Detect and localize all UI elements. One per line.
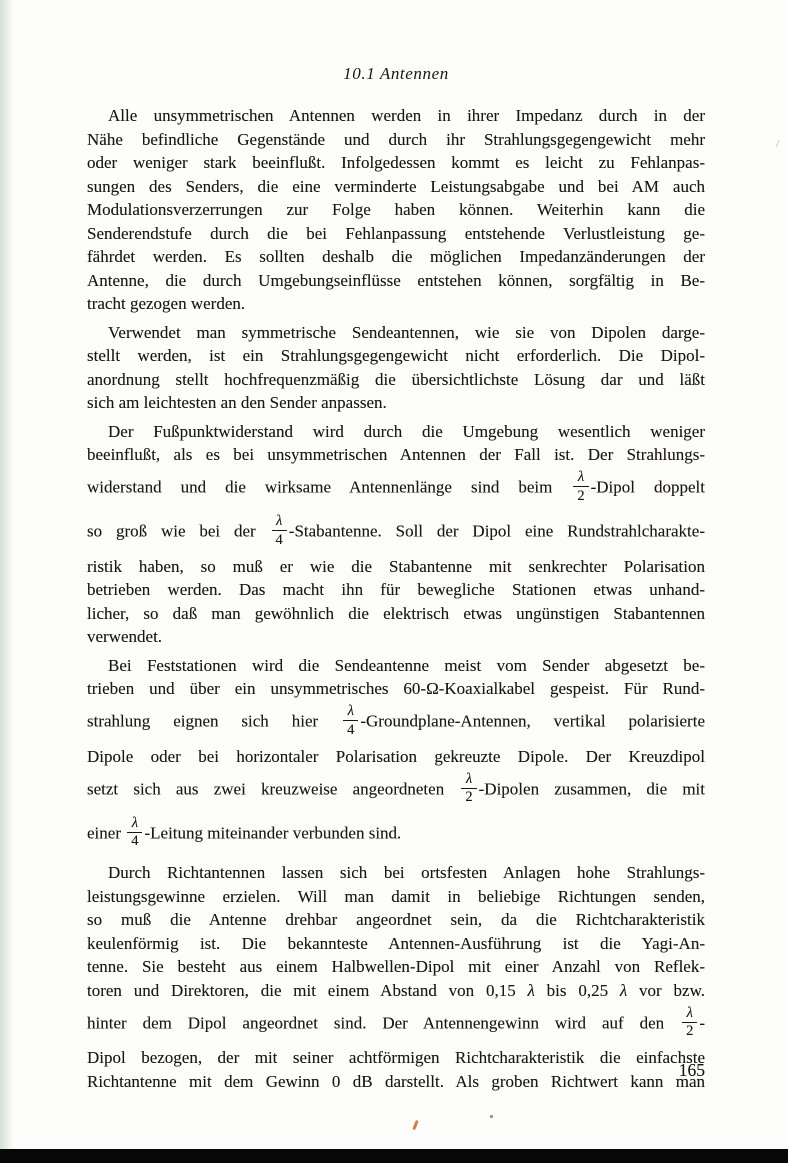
text-line: betrieben werden. Das macht ihn für bewe…	[87, 578, 705, 602]
text-line: sich am leichtesten an den Sender anpass…	[87, 391, 705, 415]
text-line: Der Fußpunktwiderstand wird durch die Um…	[87, 420, 705, 444]
text-line: tracht gezogen werden.	[87, 292, 705, 316]
text-line: beeinflußt, als es bei unsymmetrischen A…	[87, 443, 705, 467]
scan-artifact-slash: /	[775, 138, 779, 150]
text-line: stellt werden, ist ein Strahlungsgegenge…	[87, 344, 705, 368]
scan-edge-shadow	[0, 0, 14, 1163]
text-line: so groß wie bei der λ4-Stabantenne. Soll…	[87, 511, 705, 555]
text-line: so muß die Antenne drehbar angeordnet se…	[87, 908, 705, 932]
text-line: Verwendet man symmetrische Sendeantennen…	[87, 321, 705, 345]
lambda-symbol: λ	[528, 981, 535, 1000]
text-line: oder weniger stark beeinflußt. Infolgede…	[87, 151, 705, 175]
text-line: setzt sich aus zwei kreuzweise angeordne…	[87, 768, 705, 812]
text-line: sungen des Senders, die eine verminderte…	[87, 175, 705, 199]
paragraph: Alle unsymmetrischen Antennen werden in …	[87, 104, 705, 316]
text-line: ristik haben, so muß er wie die Stabante…	[87, 555, 705, 579]
lambda-fraction: λ2	[682, 1006, 697, 1039]
text-line: anordnung stellt hochfrequenzmäßig die ü…	[87, 368, 705, 392]
text-line: Nähe befindliche Gegenstände und durch i…	[87, 128, 705, 152]
paragraph: Der Fußpunktwiderstand wird durch die Um…	[87, 420, 705, 649]
text-line: toren und Direktoren, die mit einem Abst…	[87, 979, 705, 1003]
lambda-symbol: λ	[620, 981, 627, 1000]
text-line: tenne. Sie besteht aus einem Halbwellen-…	[87, 955, 705, 979]
text-block: Alle unsymmetrischen Antennen werden in …	[87, 104, 705, 1093]
lambda-fraction: λ4	[127, 816, 142, 849]
text-line: strahlung eignen sich hier λ4-Groundplan…	[87, 701, 705, 745]
text-line: einer λ4-Leitung miteinander verbunden s…	[87, 812, 705, 856]
text-line: Bei Feststationen wird die Sendeantenne …	[87, 654, 705, 678]
text-line: hinter dem Dipol angeordnet sind. Der An…	[87, 1002, 705, 1046]
text-line: fährdet werden. Es sollten deshalb die m…	[87, 245, 705, 269]
text-line: Dipole oder bei horizontaler Polarisatio…	[87, 745, 705, 769]
page-number: 165	[87, 1060, 705, 1081]
text-line: Durch Richtantennen lassen sich bei orts…	[87, 861, 705, 885]
text-line: Senderendstufe durch die bei Fehlanpassu…	[87, 222, 705, 246]
paragraph: Durch Richtantennen lassen sich bei orts…	[87, 861, 705, 1093]
orange-stain	[412, 1120, 418, 1130]
text-line: widerstand und die wirksame Antennenläng…	[87, 467, 705, 511]
paragraph: Bei Feststationen wird die Sendeantenne …	[87, 654, 705, 857]
paragraph: Verwendet man symmetrische Sendeantennen…	[87, 321, 705, 415]
scan-speck-dot	[490, 1115, 493, 1118]
text-line: keulenförmig ist. Die bekannteste Antenn…	[87, 932, 705, 956]
lambda-fraction: λ4	[343, 704, 358, 737]
lambda-fraction: λ4	[272, 514, 287, 547]
text-line: leistungsgewinne erzielen. Will man dami…	[87, 885, 705, 909]
text-line: licher, so daß man gewöhnlich die elektr…	[87, 602, 705, 626]
section-heading: 10.1 Antennen	[87, 64, 705, 84]
text-line: verwendet.	[87, 625, 705, 649]
scanner-bar	[0, 1149, 788, 1163]
text-line: trieben und über ein unsymmetrisches 60-…	[87, 677, 705, 701]
text-line: Antenne, die durch Umgebungseinflüsse en…	[87, 269, 705, 293]
text-line: Alle unsymmetrischen Antennen werden in …	[87, 104, 705, 128]
text-line: Modulationsverzerrungen zur Folge haben …	[87, 198, 705, 222]
lambda-fraction: λ2	[573, 470, 588, 503]
scanned-book-page: { "doc": { "header": "10.1 Antennen", "p…	[0, 0, 788, 1163]
lambda-fraction: λ2	[461, 772, 476, 805]
